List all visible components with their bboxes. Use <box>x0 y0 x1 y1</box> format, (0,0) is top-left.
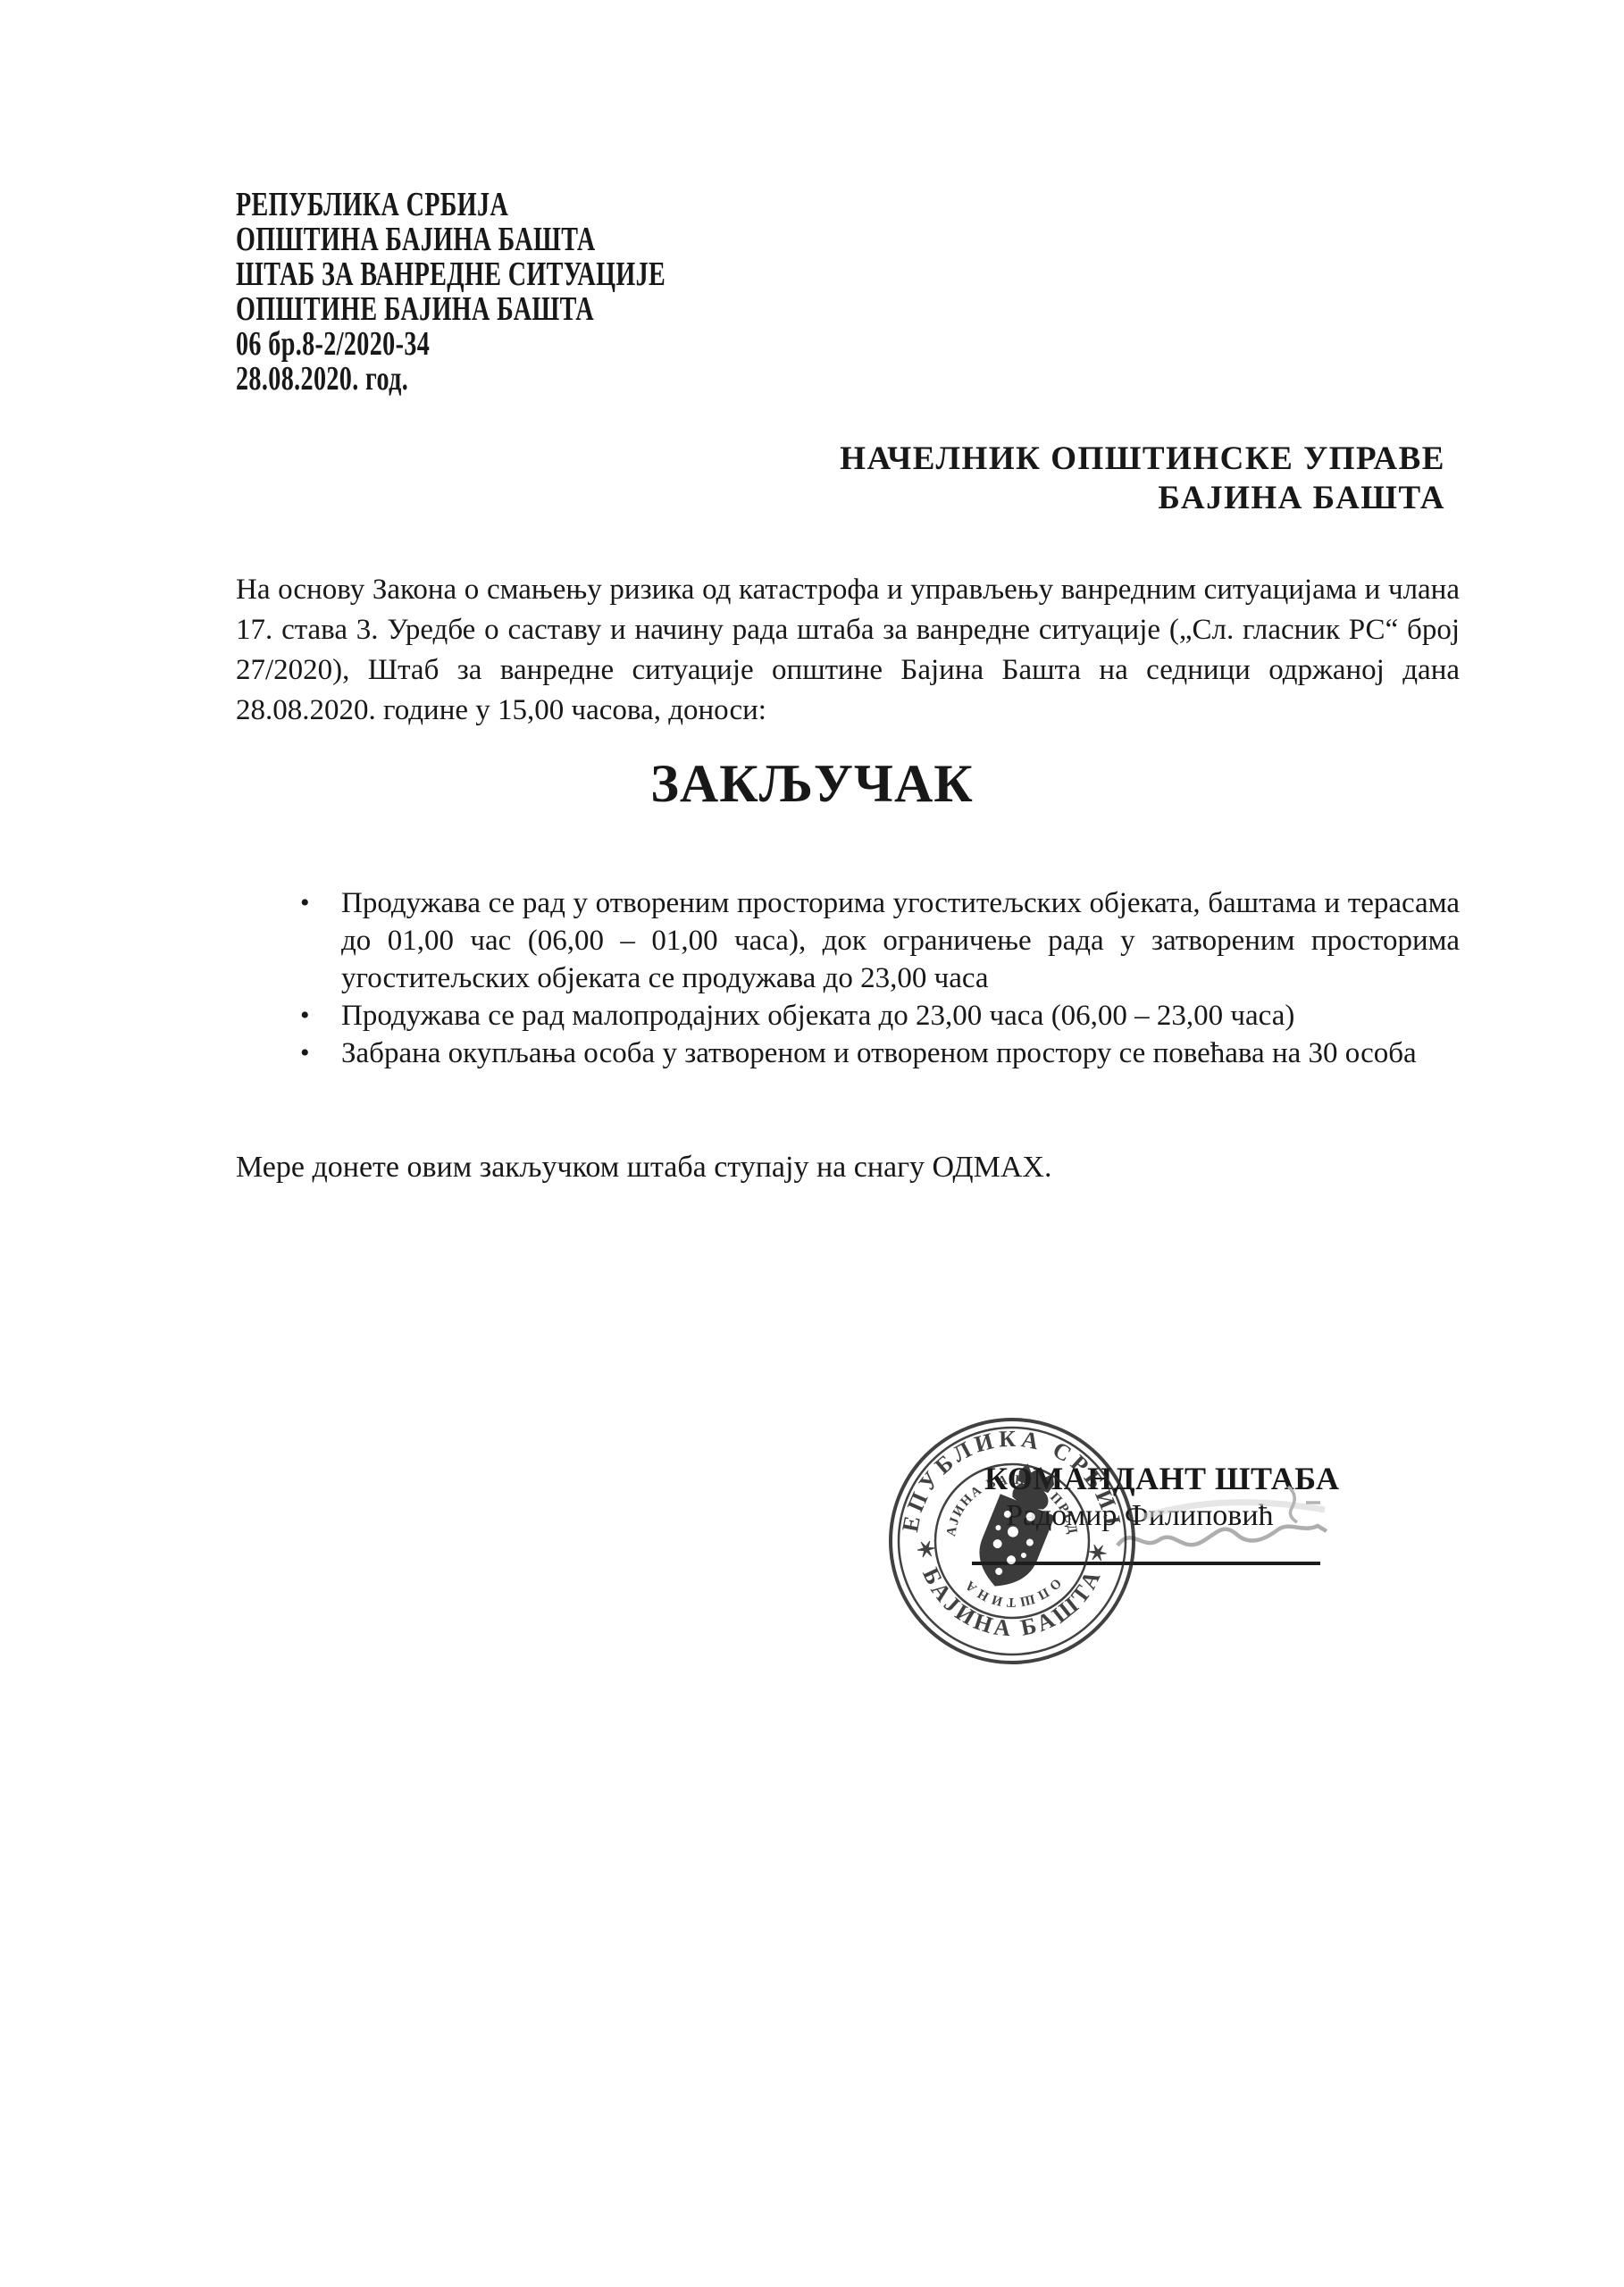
letterhead-line-case-number: 06 бр.8-2/2020-34 <box>236 327 666 362</box>
list-item-text: Продужава се рад у отвореним просторима … <box>341 884 1460 997</box>
scanned-document-page: РЕПУБЛИКА СРБИЈА ОПШТИНА БАЈИНА БАШТА ШТ… <box>0 0 1624 2287</box>
list-item: • Продужава се рад у отвореним просторим… <box>300 884 1460 997</box>
letterhead-line-republic: РЕПУБЛИКА СРБИЈА <box>236 188 666 222</box>
list-item-text: Забрана окупљања особа у затвореном и от… <box>341 1035 1460 1072</box>
addressee-line-role: НАЧЕЛНИК ОПШТИНСКЕ УПРАВЕ <box>840 440 1445 479</box>
bullet-dot: • <box>300 1035 341 1072</box>
letterhead-line-staff: ШТАБ ЗА ВАНРЕДНЕ СИТУАЦИЈЕ <box>236 257 666 292</box>
closing-paragraph: Мере донете овим закључком штаба ступају… <box>236 1147 1218 1187</box>
list-item: • Забрана окупљања особа у затвореном и … <box>300 1035 1460 1072</box>
flourish-brace <box>1288 1487 1297 1522</box>
coat-shield <box>967 1494 1055 1597</box>
addressee-line-town: БАЈИНА БАШТА <box>840 479 1445 518</box>
addressee-block: НАЧЕЛНИК ОПШТИНСКЕ УПРАВЕ БАЈИНА БАШТА <box>840 440 1445 518</box>
document-title: ЗАКЉУЧАК <box>0 753 1624 815</box>
conclusion-list: • Продужава се рад у отвореним просторим… <box>300 884 1460 1072</box>
official-seal-stamp: РЕПУБЛИКА СРБИЈА ✶ БАЈИНА БАШТА ✶ БАЈИНА… <box>885 1416 1139 1666</box>
bullet-dot: • <box>300 997 341 1035</box>
bullet-dot: • <box>300 884 341 922</box>
signature-flourish <box>1276 1479 1329 1533</box>
list-item: • Продужава се рад малопродајних објекат… <box>300 997 1460 1035</box>
list-item-text: Продужава се рад малопродајних објеката … <box>341 997 1460 1035</box>
intro-paragraph: На основу Закона о смањењу ризика од кат… <box>236 570 1460 731</box>
letterhead-line-municipality2: ОПШТИНЕ БАЈИНА БАШТА <box>236 292 666 327</box>
letterhead-line-date: 28.08.2020. год. <box>236 362 666 397</box>
letterhead: РЕПУБЛИКА СРБИЈА ОПШТИНА БАЈИНА БАШТА ШТ… <box>236 188 666 397</box>
letterhead-line-municipality: ОПШТИНА БАЈИНА БАШТА <box>236 222 666 257</box>
